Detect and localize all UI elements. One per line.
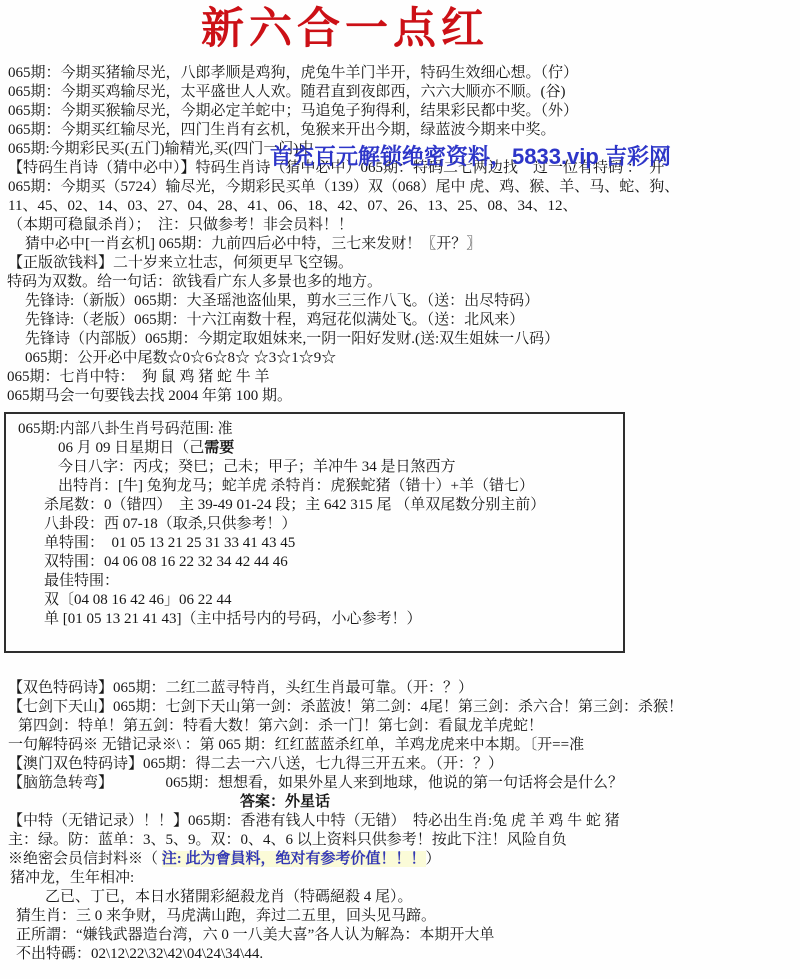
text-span: 一句解特码※ 无错记录※\ ：第 065 期：红红蓝蓝杀红单，羊鸡龙虎来中本期。… bbox=[8, 737, 584, 753]
text-span: 今日八字：丙戌；癸巳；己未；甲子；羊冲牛 34 是日煞西方 bbox=[58, 459, 456, 475]
text-span: 【澳门双色特码诗】065期：得二去一六八送，七九得三开五来。（开：？） bbox=[8, 756, 503, 772]
bottom-text-section: 【双色特码诗】065期：二红二蓝寻特肖，头红生肖最可靠。（开：？）【七剑下天山】… bbox=[0, 679, 800, 964]
text-span: 猜中必中[一肖玄机] 065期：九前四后必中特，三七来发财！〖开？〗 bbox=[25, 236, 481, 252]
text-line: 双〔04 08 16 42 46」06 22 44 bbox=[6, 591, 623, 610]
text-line: 【双色特码诗】065期：二红二蓝寻特肖，头红生肖最可靠。（开：？） bbox=[0, 679, 800, 698]
text-span: 【正版欲钱料】二十岁来立壮志，何须更早飞空锡。 bbox=[8, 255, 353, 271]
text-line: 065期：今期买（5724）输尽光，今期彩民买单（139）双（068）尾中 虎、… bbox=[0, 178, 800, 197]
text-span: 11、45、02、14、03、27、04、28、41、06、18、42、07、2… bbox=[8, 198, 577, 214]
text-span: 不出特碼：02\12\22\32\42\04\24\34\44. bbox=[16, 946, 263, 962]
text-line: 【七剑下天山】065期：七剑下天山第一剑：杀蓝波！第二剑：4尾！第三剑：杀六合！… bbox=[0, 698, 800, 717]
top-text-section: 065期：今期买猪输尽光，八郎孝顺是鸡狗，虎兔牛羊门半开，特码生效细心想。（佇）… bbox=[0, 64, 800, 406]
text-line: 065期：七肖中特： 狗 鼠 鸡 猪 蛇 牛 羊 bbox=[0, 368, 800, 387]
text-line: （本期可稳鼠杀肖）； 注：只做参考！非会员料！！ bbox=[0, 216, 800, 235]
text-span: 06 月 09 日星期日（己 bbox=[58, 440, 204, 456]
text-line: 最佳特围： bbox=[6, 572, 623, 591]
text-span: ※绝密会员信封料※（ bbox=[8, 851, 162, 867]
text-span: 乙已、丁已，本日水猪開彩絕殺龙肖（特碼絕殺 4 尾）。 bbox=[45, 889, 413, 905]
text-line: 【澳门双色特码诗】065期：得二去一六八送，七九得三开五来。（开：？） bbox=[0, 755, 800, 774]
text-line: 065期：今期买猪输尽光，八郎孝顺是鸡狗，虎兔牛羊门半开，特码生效细心想。（佇） bbox=[0, 64, 800, 83]
text-line: 065期：今期买猴输尽光，今期必定羊蛇中；马追兔子狗得利，结果彩民都中奖。（外） bbox=[0, 102, 800, 121]
text-line: 猜中必中[一肖玄机] 065期：九前四后必中特，三七来发财！〖开？〗 bbox=[0, 235, 800, 254]
text-line: 【脑筋急转弯】 065期：想想看，如果外星人来到地球，他说的第一句话将会是什么？ bbox=[0, 774, 800, 793]
text-span: 065期：七肖中特： 狗 鼠 鸡 猪 蛇 牛 羊 bbox=[7, 369, 270, 385]
text-span: 正所謂：“嫌钱武器造台湾，六 0 一八美大喜”各人认为解為：本期开大单 bbox=[16, 927, 494, 943]
text-line: 065期：今期买红输尽光，四门生肖有玄机，兔猴来开出今期，绿蓝波今期来中奖。 bbox=[0, 121, 800, 140]
text-line: 特码为双数。给一句话：欲钱看广东人多景也多的地方。 bbox=[0, 273, 800, 292]
text-span: 杀尾数：0（错四） 主 39-49 01-24 段；主 642 315 尾 （单… bbox=[44, 497, 545, 513]
text-span: ） bbox=[426, 851, 441, 867]
text-line: 【中特（无错记录）！！】065期：香港有钱人中特（无错） 特必出生肖:兔 虎 羊… bbox=[0, 812, 800, 831]
text-line: 06 月 09 日星期日（己需要 bbox=[6, 439, 623, 458]
text-span: 八卦段：西 07-18（取杀,只供参考！） bbox=[44, 516, 297, 532]
text-line: 先锋诗:（新版）065期：大圣瑶池盗仙果，剪水三三作八飞。（送：出尽特码） bbox=[0, 292, 800, 311]
lottery-tip-sheet: 新六合一点红 首充百元解锁绝密资料，5833.vip 吉彩网 065期：今期买猪… bbox=[0, 4, 800, 979]
text-span: 【双色特码诗】065期：二红二蓝寻特肖，头红生肖最可靠。（开：？） bbox=[8, 680, 473, 696]
text-line: 乙已、丁已，本日水猪開彩絕殺龙肖（特碼絕殺 4 尾）。 bbox=[0, 888, 800, 907]
text-line: 第四剑：特单！第五剑：特看大数！第六剑：杀一门！第七剑：看鼠龙羊虎蛇！ bbox=[0, 717, 800, 736]
text-span: 猪冲龙，生年相冲: bbox=[10, 870, 134, 886]
bagua-range-box: 065期:内部八卦生肖号码范围: 准06 月 09 日星期日（己需要今日八字：丙… bbox=[4, 412, 625, 653]
text-span: 最佳特围： bbox=[44, 573, 119, 589]
text-line: 065期马会一句要钱去找 2004 年第 100 期。 bbox=[0, 387, 800, 406]
text-line: 猪冲龙，生年相冲: bbox=[0, 869, 800, 888]
text-span: 065期:今期彩民买(五门)输精光,买(四门一门)中 bbox=[8, 141, 313, 157]
text-line: 先锋诗:（老版）065期：十六江南数十程，鸡冠花似满处飞。（送：北风来） bbox=[0, 311, 800, 330]
text-line: 杀尾数：0（错四） 主 39-49 01-24 段；主 642 315 尾 （单… bbox=[6, 496, 623, 515]
text-line: 八卦段：西 07-18（取杀,只供参考！） bbox=[6, 515, 623, 534]
text-span: 单特围： 01 05 13 21 25 31 33 41 43 45 bbox=[44, 535, 295, 551]
text-span: 双特围：04 06 08 16 22 32 34 42 44 46 bbox=[44, 554, 288, 570]
text-line: 单 [01 05 13 21 41 43]（主中括号内的号码，小心参考！） bbox=[6, 610, 623, 629]
watermark-ad-text: 首充百元解锁绝密资料，5833.vip 吉彩网 bbox=[270, 140, 671, 171]
text-span: 先锋诗:（新版）065期：大圣瑶池盗仙果，剪水三三作八飞。（送：出尽特码） bbox=[25, 293, 539, 309]
text-span: 065期：今期买红输尽光，四门生肖有玄机，兔猴来开出今期，绿蓝波今期来中奖。 bbox=[8, 122, 556, 138]
text-line: 双特围：04 06 08 16 22 32 34 42 44 46 bbox=[6, 553, 623, 572]
text-span: 先锋诗:（老版）065期：十六江南数十程，鸡冠花似满处飞。（送：北风来） bbox=[25, 312, 524, 328]
text-line: ※绝密会员信封料※（ 注: 此为會員料，绝对有参考价值！！！） bbox=[0, 850, 800, 869]
text-span: 065期：今期买（5724）输尽光，今期彩民买单（139）双（068）尾中 虎、… bbox=[8, 179, 679, 195]
text-span: 先锋诗（内部版）065期：今期定取姐妹来,一阴一阳好发财.(送:双生姐妹一八码） bbox=[25, 331, 559, 347]
text-span: 【中特（无错记录）！！】065期：香港有钱人中特（无错） 特必出生肖:兔 虎 羊… bbox=[8, 813, 620, 829]
text-span: 065期：今期买猴输尽光，今期必定羊蛇中；马追兔子狗得利，结果彩民都中奖。（外） bbox=[8, 103, 578, 119]
text-span: 065期马会一句要钱去找 2004 年第 100 期。 bbox=[7, 388, 292, 404]
text-span: 主：绿。防：蓝单：3、5、9。双：0、4、6 以上资料只供参考！按此下注！风险自… bbox=[8, 832, 567, 848]
text-span: 065期：公开必中尾数☆0☆6☆8☆ ☆3☆1☆9☆ bbox=[25, 350, 336, 366]
text-span: 【脑筋急转弯】 065期：想想看，如果外星人来到地球，他说的第一句话将会是什么？ bbox=[8, 775, 623, 791]
text-line: 猜生肖：三 0 来争财，马虎满山跑，奔过二五里，回头见马蹄。 bbox=[0, 907, 800, 926]
text-span: 猜生肖：三 0 来争财，马虎满山跑，奔过二五里，回头见马蹄。 bbox=[16, 908, 436, 924]
text-line: 出特肖：[牛] 兔狗龙马；蛇羊虎 杀特肖：虎猴蛇猪（错十）+羊（错七） bbox=[6, 477, 623, 496]
text-span: （本期可稳鼠杀肖）； 注：只做参考！非会员料！！ bbox=[8, 217, 353, 233]
text-span: 065期:内部八卦生肖号码范围: 准 bbox=[18, 421, 233, 437]
text-line: 11、45、02、14、03、27、04、28、41、06、18、42、07、2… bbox=[0, 197, 800, 216]
text-line: 主：绿。防：蓝单：3、5、9。双：0、4、6 以上资料只供参考！按此下注！风险自… bbox=[0, 831, 800, 850]
text-span: 出特肖：[牛] 兔狗龙马；蛇羊虎 杀特肖：虎猴蛇猪（错十）+羊（错七） bbox=[58, 478, 534, 494]
text-line: 答案：外星话 bbox=[0, 793, 800, 812]
text-line: 065期：公开必中尾数☆0☆6☆8☆ ☆3☆1☆9☆ bbox=[0, 349, 800, 368]
text-line: 单特围： 01 05 13 21 25 31 33 41 43 45 bbox=[6, 534, 623, 553]
text-span: 单 [01 05 13 21 41 43]（主中括号内的号码，小心参考！） bbox=[44, 611, 422, 627]
text-span: 答案：外星话 bbox=[240, 794, 330, 810]
text-line: 一句解特码※ 无错记录※\ ：第 065 期：红红蓝蓝杀红单，羊鸡龙虎来中本期。… bbox=[0, 736, 800, 755]
text-line: 【正版欲钱料】二十岁来立壮志，何须更早飞空锡。 bbox=[0, 254, 800, 273]
text-span: 特码为双数。给一句话：欲钱看广东人多景也多的地方。 bbox=[7, 274, 382, 290]
text-line: 先锋诗（内部版）065期：今期定取姐妹来,一阴一阳好发财.(送:双生姐妹一八码） bbox=[0, 330, 800, 349]
text-line: 不出特碼：02\12\22\32\42\04\24\34\44. bbox=[0, 945, 800, 964]
text-span: 065期：今期买猪输尽光，八郎孝顺是鸡狗，虎兔牛羊门半开，特码生效细心想。（佇） bbox=[8, 65, 578, 81]
text-line: 正所謂：“嫌钱武器造台湾，六 0 一八美大喜”各人认为解為：本期开大单 bbox=[0, 926, 800, 945]
bagua-range-lines: 065期:内部八卦生肖号码范围: 准06 月 09 日星期日（己需要今日八字：丙… bbox=[6, 420, 623, 629]
member-note-text: 注: 此为會員料，绝对有参考价值！！！ bbox=[162, 851, 426, 867]
text-span: 【七剑下天山】065期：七剑下天山第一剑：杀蓝波！第二剑：4尾！第三剑：杀六合！… bbox=[8, 699, 683, 715]
bold-overlay-text: 需要 bbox=[204, 440, 234, 456]
text-line: 065期:内部八卦生肖号码范围: 准 bbox=[6, 420, 623, 439]
text-span: 065期：今期买鸡输尽光，太平盛世人人欢。随君直到夜郎西，六六大顺亦不顺。(谷) bbox=[8, 84, 566, 100]
page-title: 新六合一点红 bbox=[0, 4, 690, 56]
text-span: 第四剑：特单！第五剑：特看大数！第六剑：杀一门！第七剑：看鼠龙羊虎蛇！ bbox=[18, 718, 543, 734]
text-line: 今日八字：丙戌；癸巳；己未；甲子；羊冲牛 34 是日煞西方 bbox=[6, 458, 623, 477]
text-line: 065期：今期买鸡输尽光，太平盛世人人欢。随君直到夜郎西，六六大顺亦不顺。(谷) bbox=[0, 83, 800, 102]
text-span: 双〔04 08 16 42 46」06 22 44 bbox=[44, 592, 232, 608]
